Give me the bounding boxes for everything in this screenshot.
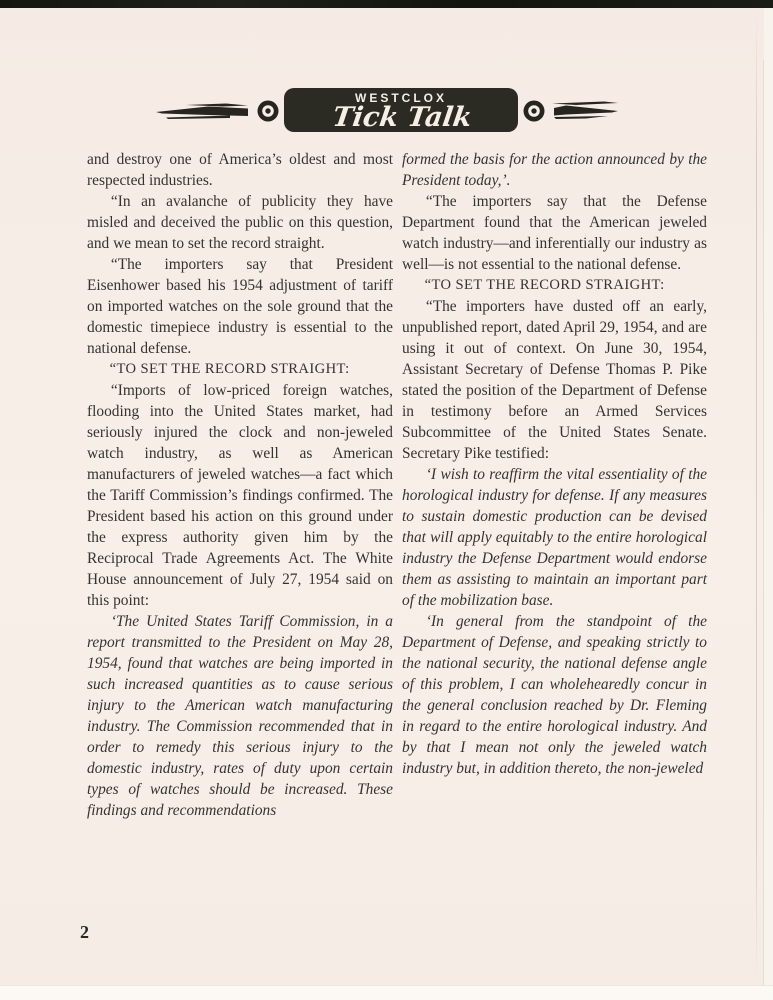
paragraph-heading: “TO SET THE RECORD STRAIGHT: [87, 359, 393, 380]
paragraph: and destroy one of America’s oldest and … [87, 149, 393, 191]
scan-top-edge [0, 0, 773, 8]
clock-hub-left-icon [257, 101, 278, 122]
paragraph: “The importers have dusted off an early,… [402, 296, 707, 464]
page-crease-line [756, 8, 757, 986]
text-column-left: and destroy one of America’s oldest and … [87, 149, 393, 821]
scanned-newsletter-page: { "masthead": { "brand": "WESTCLOX", "ti… [0, 0, 773, 1000]
paragraph-quote: formed the basis for the action announce… [402, 149, 707, 191]
paragraph: “The importers say that President Eisenh… [87, 254, 393, 359]
paragraph: “The importers say that the Defense Depa… [402, 191, 707, 275]
paragraph-quote: ‘The United States Tariff Commission, in… [87, 611, 393, 821]
paragraph-quote: ‘In general from the standpoint of the D… [402, 611, 707, 779]
masthead-logo: WESTCLOX Tick Talk [156, 86, 618, 140]
ticktalk-script: Tick Talk [330, 102, 473, 133]
page-crease-line [763, 60, 764, 986]
scan-bottom-edge [0, 985, 773, 1000]
paragraph: “In an avalanche of publicity they have … [87, 191, 393, 254]
paragraph-quote: ‘I wish to reaffirm the vital essentiali… [402, 464, 707, 611]
paragraph-heading: “TO SET THE RECORD STRAIGHT: [402, 275, 707, 296]
masthead-graphic: WESTCLOX Tick Talk [156, 86, 618, 140]
paragraph: “Imports of low-priced foreign watches, … [87, 380, 393, 611]
clock-hub-right-icon [523, 101, 544, 122]
text-column-right: formed the basis for the action announce… [402, 149, 707, 779]
page-edge-paper [764, 8, 773, 986]
clock-hand-right-icon [552, 102, 618, 120]
clock-hand-left-icon [156, 104, 248, 120]
page-number: 2 [80, 922, 89, 943]
